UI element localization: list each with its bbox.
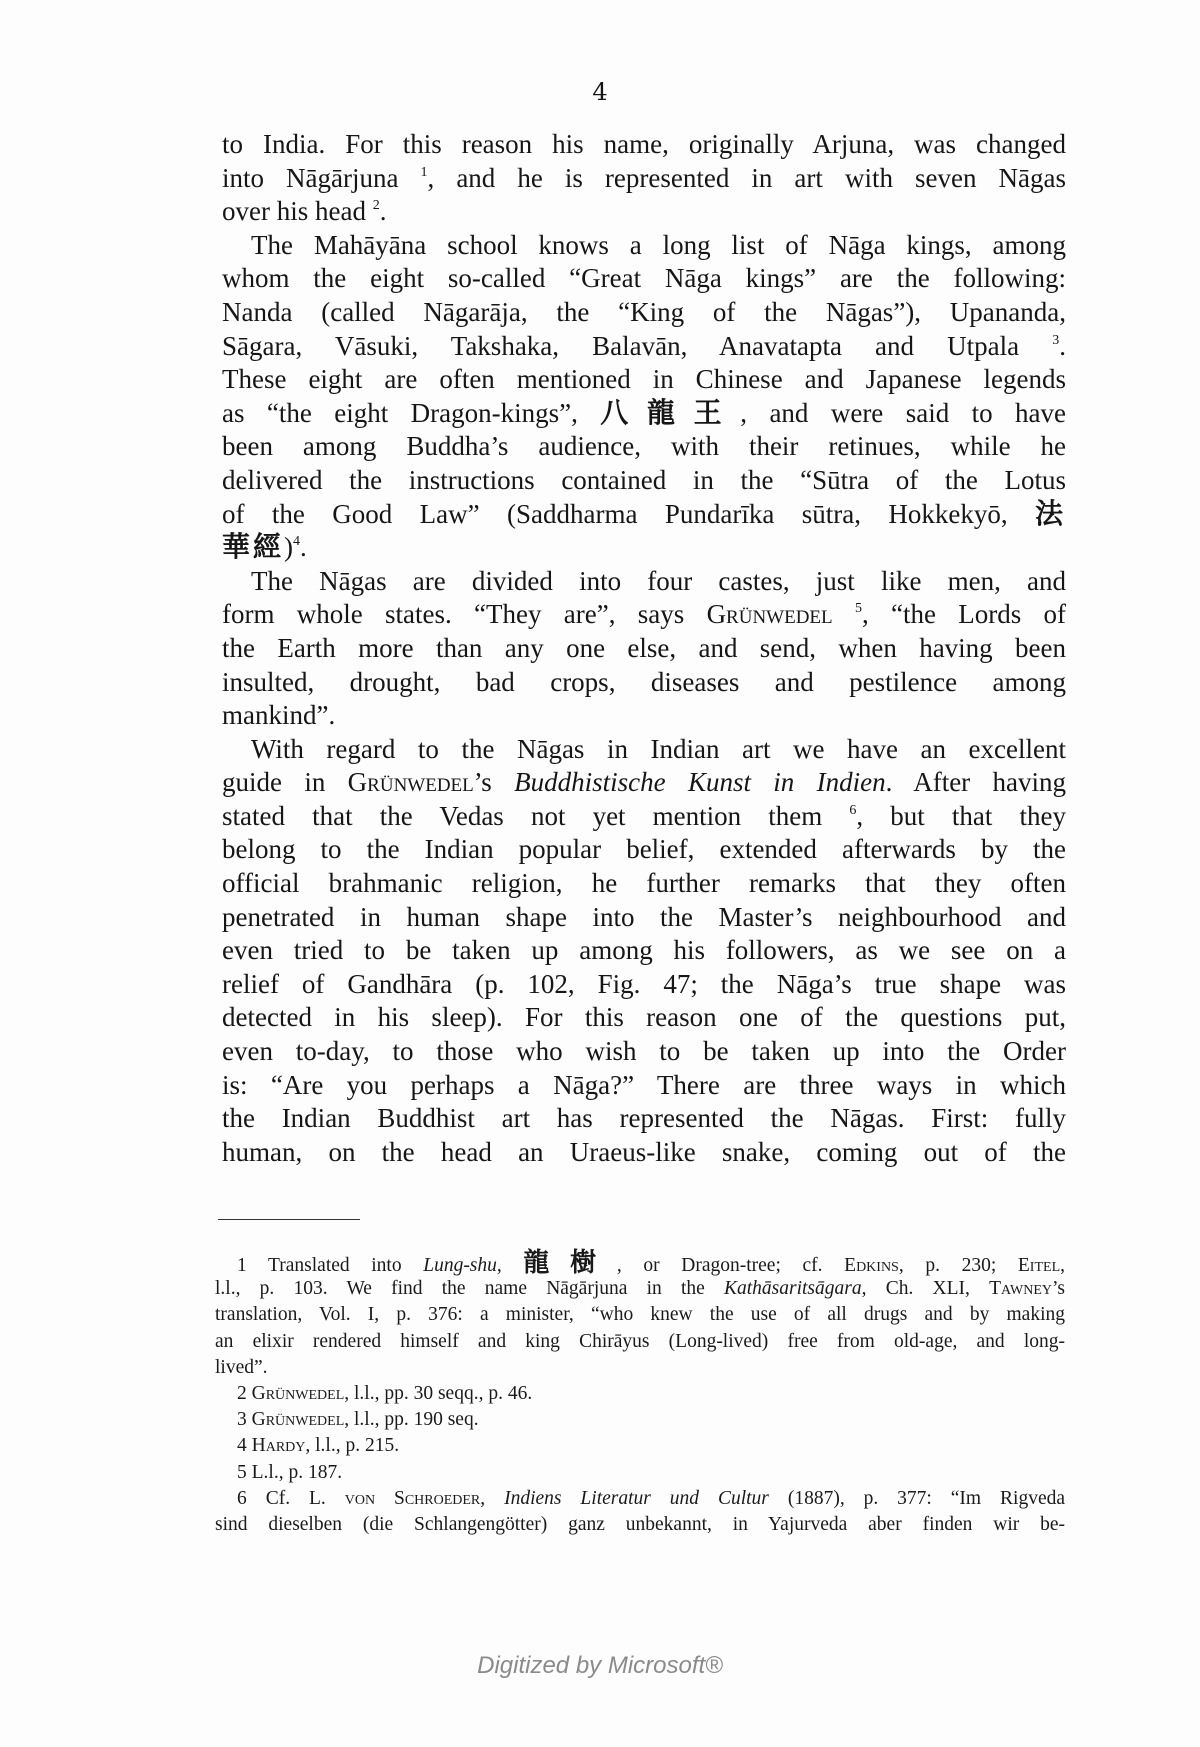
text-line: detected in his sleep). For this reason … (222, 1001, 1066, 1035)
text-line: of the Good Law” (Saddharma Pundarīka sū… (222, 498, 1066, 532)
text-line: belong to the Indian popular belief, ext… (222, 833, 1066, 867)
footnote-2: 2 Grünwedel, l.l., pp. 30 seqq., p. 46. (215, 1381, 1065, 1407)
text-line: the Indian Buddhist art has represented … (222, 1102, 1066, 1136)
text-line: insulted, drought, bad crops, diseases a… (222, 666, 1066, 700)
footnote-1-cont: translation, Vol. I, p. 376: a minister,… (215, 1302, 1065, 1328)
text-line: form whole states. “They are”, says Grün… (222, 598, 1066, 632)
text-line: the Earth more than any one else, and se… (222, 632, 1066, 666)
text-line: into Nāgārjuna 1, and he is represented … (222, 162, 1066, 196)
text-line: as “the eight Dragon-kings”, 八龍王, and we… (222, 397, 1066, 431)
text-line: been among Buddha’s audience, with their… (222, 430, 1066, 464)
text-line: penetrated in human shape into the Maste… (222, 901, 1066, 935)
footnote-ref[interactable]: 1 (421, 165, 428, 180)
footnote-4: 4 Hardy, l.l., p. 215. (215, 1433, 1065, 1459)
text-line: even tried to be taken up among his foll… (222, 934, 1066, 968)
footnote-1-cont: l.l., p. 103. We find the name Nāgārjuna… (215, 1276, 1065, 1302)
text-line: mankind”. (222, 699, 1066, 733)
footnote-5: 5 L.l., p. 187. (215, 1460, 1065, 1486)
text-line: even to-day, to those who wish to be tak… (222, 1035, 1066, 1069)
text-line: relief of Gandhāra (p. 102, Fig. 47; the… (222, 968, 1066, 1002)
footnote-ref[interactable]: 5 (855, 601, 862, 616)
footnote-separator (218, 1219, 360, 1220)
footnote-1: 1 Translated into Lung-shu, 龍樹, or Drago… (215, 1250, 1065, 1276)
chinese-characters: 法 (1035, 499, 1066, 530)
book-page: 4 to India. For this reason his name, or… (0, 0, 1200, 1747)
author-name: Grünwedel (707, 599, 833, 629)
paragraph-start: The Mahāyāna school knows a long list of… (222, 229, 1066, 263)
text-line: over his head 2. (222, 195, 1066, 229)
text-line: delivered the instructions contained in … (222, 464, 1066, 498)
footnote-ref[interactable]: 4 (293, 534, 300, 549)
footnote-6-cont: sind dieselben (die Schlangengötter) gan… (215, 1512, 1065, 1538)
page-number: 4 (0, 78, 1200, 106)
text-line: official brahmanic religion, he further … (222, 867, 1066, 901)
footnote-1-cont: an elixir rendered himself and king Chir… (215, 1329, 1065, 1355)
text-line: stated that the Vedas not yet mention th… (222, 800, 1066, 834)
text-line: guide in Grünwedel’s Buddhistische Kunst… (222, 766, 1066, 800)
text-line: 華經)4. (222, 531, 1066, 565)
chinese-characters: 華經 (222, 532, 284, 563)
main-text: to India. For this reason his name, orig… (222, 128, 1066, 1169)
text-line: human, on the head an Uraeus-like snake,… (222, 1136, 1066, 1170)
text-line: to India. For this reason his name, orig… (222, 128, 1066, 162)
paragraph-start: With regard to the Nāgas in Indian art w… (222, 733, 1066, 767)
book-title: Buddhistische Kunst in Indien (514, 767, 885, 797)
author-name: Grünwedel (348, 767, 474, 797)
footnote-1-cont: lived”. (215, 1355, 1065, 1381)
text-line: whom the eight so-called “Great Nāga kin… (222, 262, 1066, 296)
footnote-ref[interactable]: 2 (373, 198, 380, 213)
chinese-characters: 八龍王 (600, 398, 740, 429)
footnotes: 1 Translated into Lung-shu, 龍樹, or Drago… (215, 1250, 1065, 1538)
text-line: is: “Are you perhaps a Nāga?” There are … (222, 1069, 1066, 1103)
chinese-characters: 龍樹 (523, 1248, 617, 1277)
text-line: Nanda (called Nāgarāja, the “King of the… (222, 296, 1066, 330)
digitization-watermark: Digitized by Microsoft® (0, 1652, 1200, 1680)
paragraph-start: The Nāgas are divided into four castes, … (222, 565, 1066, 599)
text-line: Sāgara, Vāsuki, Takshaka, Balavān, Anava… (222, 330, 1066, 364)
text-line: These eight are often mentioned in Chine… (222, 363, 1066, 397)
footnote-6: 6 Cf. L. von Schroeder, Indiens Literatu… (215, 1486, 1065, 1512)
footnote-3: 3 Grünwedel, l.l., pp. 190 seq. (215, 1407, 1065, 1433)
